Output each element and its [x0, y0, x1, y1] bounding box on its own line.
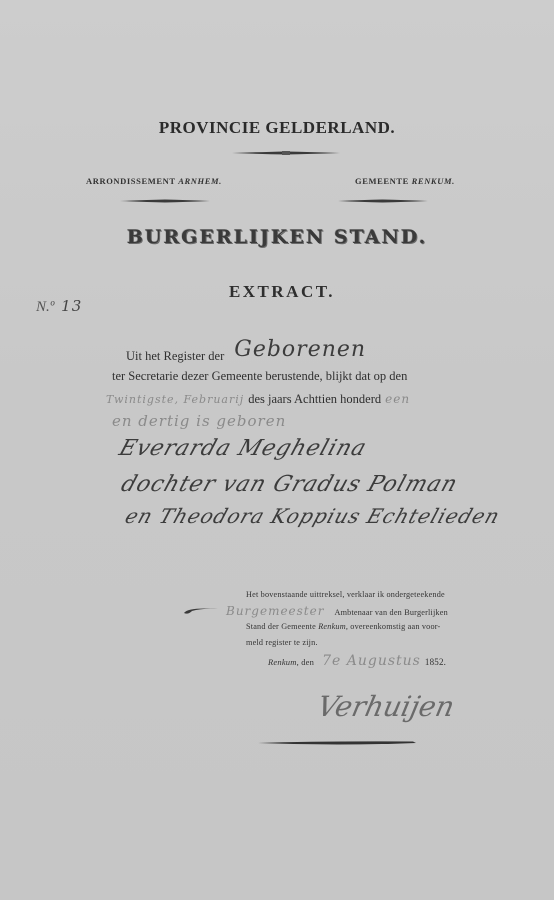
cert-date-line: Renkum, den 7e Augustus 1852.: [268, 652, 446, 670]
flourish-icon: [182, 605, 222, 617]
year-handwritten: een: [385, 392, 410, 406]
father-line-handwritten: dochter van Gradus Polman: [118, 472, 461, 497]
number-label: N.º: [36, 299, 54, 315]
document-page: PROVINCIE GELDERLAND. ARRONDISSEMENT ARN…: [0, 0, 554, 900]
year-label: des jaars Achttien honderd: [248, 392, 381, 406]
signature-underline: [258, 733, 416, 739]
gemeente-label: GEMEENTE: [355, 176, 409, 186]
birth-date-handwritten: Twintigste, Februarij: [106, 393, 244, 406]
mother-line-handwritten: en Theodora Koppius Echtelieden: [122, 504, 503, 528]
date-year: 1852.: [425, 657, 446, 667]
register-label: Uit het Register der: [126, 349, 224, 363]
date-place: Renkum: [268, 657, 297, 667]
cert-line-4: meld register te zijn.: [246, 638, 318, 647]
document-title: BURGERLIJKEN STAND.: [0, 226, 554, 248]
arrondissement-value: ARNHEM.: [178, 176, 222, 186]
official-label: Ambtenaar van den Burgerlijken: [334, 608, 447, 617]
ornament-divider-left: [120, 198, 210, 202]
body-line-1: Uit het Register der Geborenen: [126, 341, 366, 366]
register-type-handwritten: Geborenen: [234, 337, 366, 362]
cert-stand-text: Stand der Gemeente: [246, 622, 316, 631]
cert-line-3: Stand der Gemeente Renkum, overeenkomsti…: [246, 622, 440, 631]
body-line-3: Twintigste, Februarij des jaars Achttien…: [106, 390, 410, 408]
ornament-divider-top: [232, 150, 340, 154]
ornament-divider-right: [338, 198, 428, 202]
date-handwritten: 7e Augustus: [322, 653, 421, 669]
signature: Verhuijen: [314, 690, 457, 723]
cert-line-1: Het bovenstaande uittreksel, verklaar ik…: [246, 590, 445, 599]
gemeente-value: RENKUM.: [412, 176, 455, 186]
body-line-4: en dertig is geboren: [112, 412, 286, 430]
cert-overeenkomstig: , overeenkomstig aan voor-: [346, 622, 441, 631]
province-heading: PROVINCIE GELDERLAND.: [0, 118, 554, 138]
official-title-handwritten: Burgemeester: [226, 604, 324, 618]
body-line-2: ter Secretarie dezer Gemeente berustende…: [112, 369, 407, 384]
document-subtitle: EXTRACT.: [0, 282, 554, 302]
gemeente-line: GEMEENTE RENKUM.: [355, 176, 455, 186]
cert-place: Renkum: [318, 622, 346, 631]
date-den: , den: [297, 657, 315, 667]
number-value: 13: [61, 297, 82, 315]
cert-line-2: Burgemeester Ambtenaar van den Burgerlij…: [182, 602, 448, 620]
arrondissement-line: ARRONDISSEMENT ARNHEM.: [86, 176, 222, 186]
document-number: N.º 13: [36, 297, 82, 316]
arrondissement-label: ARRONDISSEMENT: [86, 176, 175, 186]
child-name-handwritten: Everarda Meghelina: [116, 436, 370, 461]
